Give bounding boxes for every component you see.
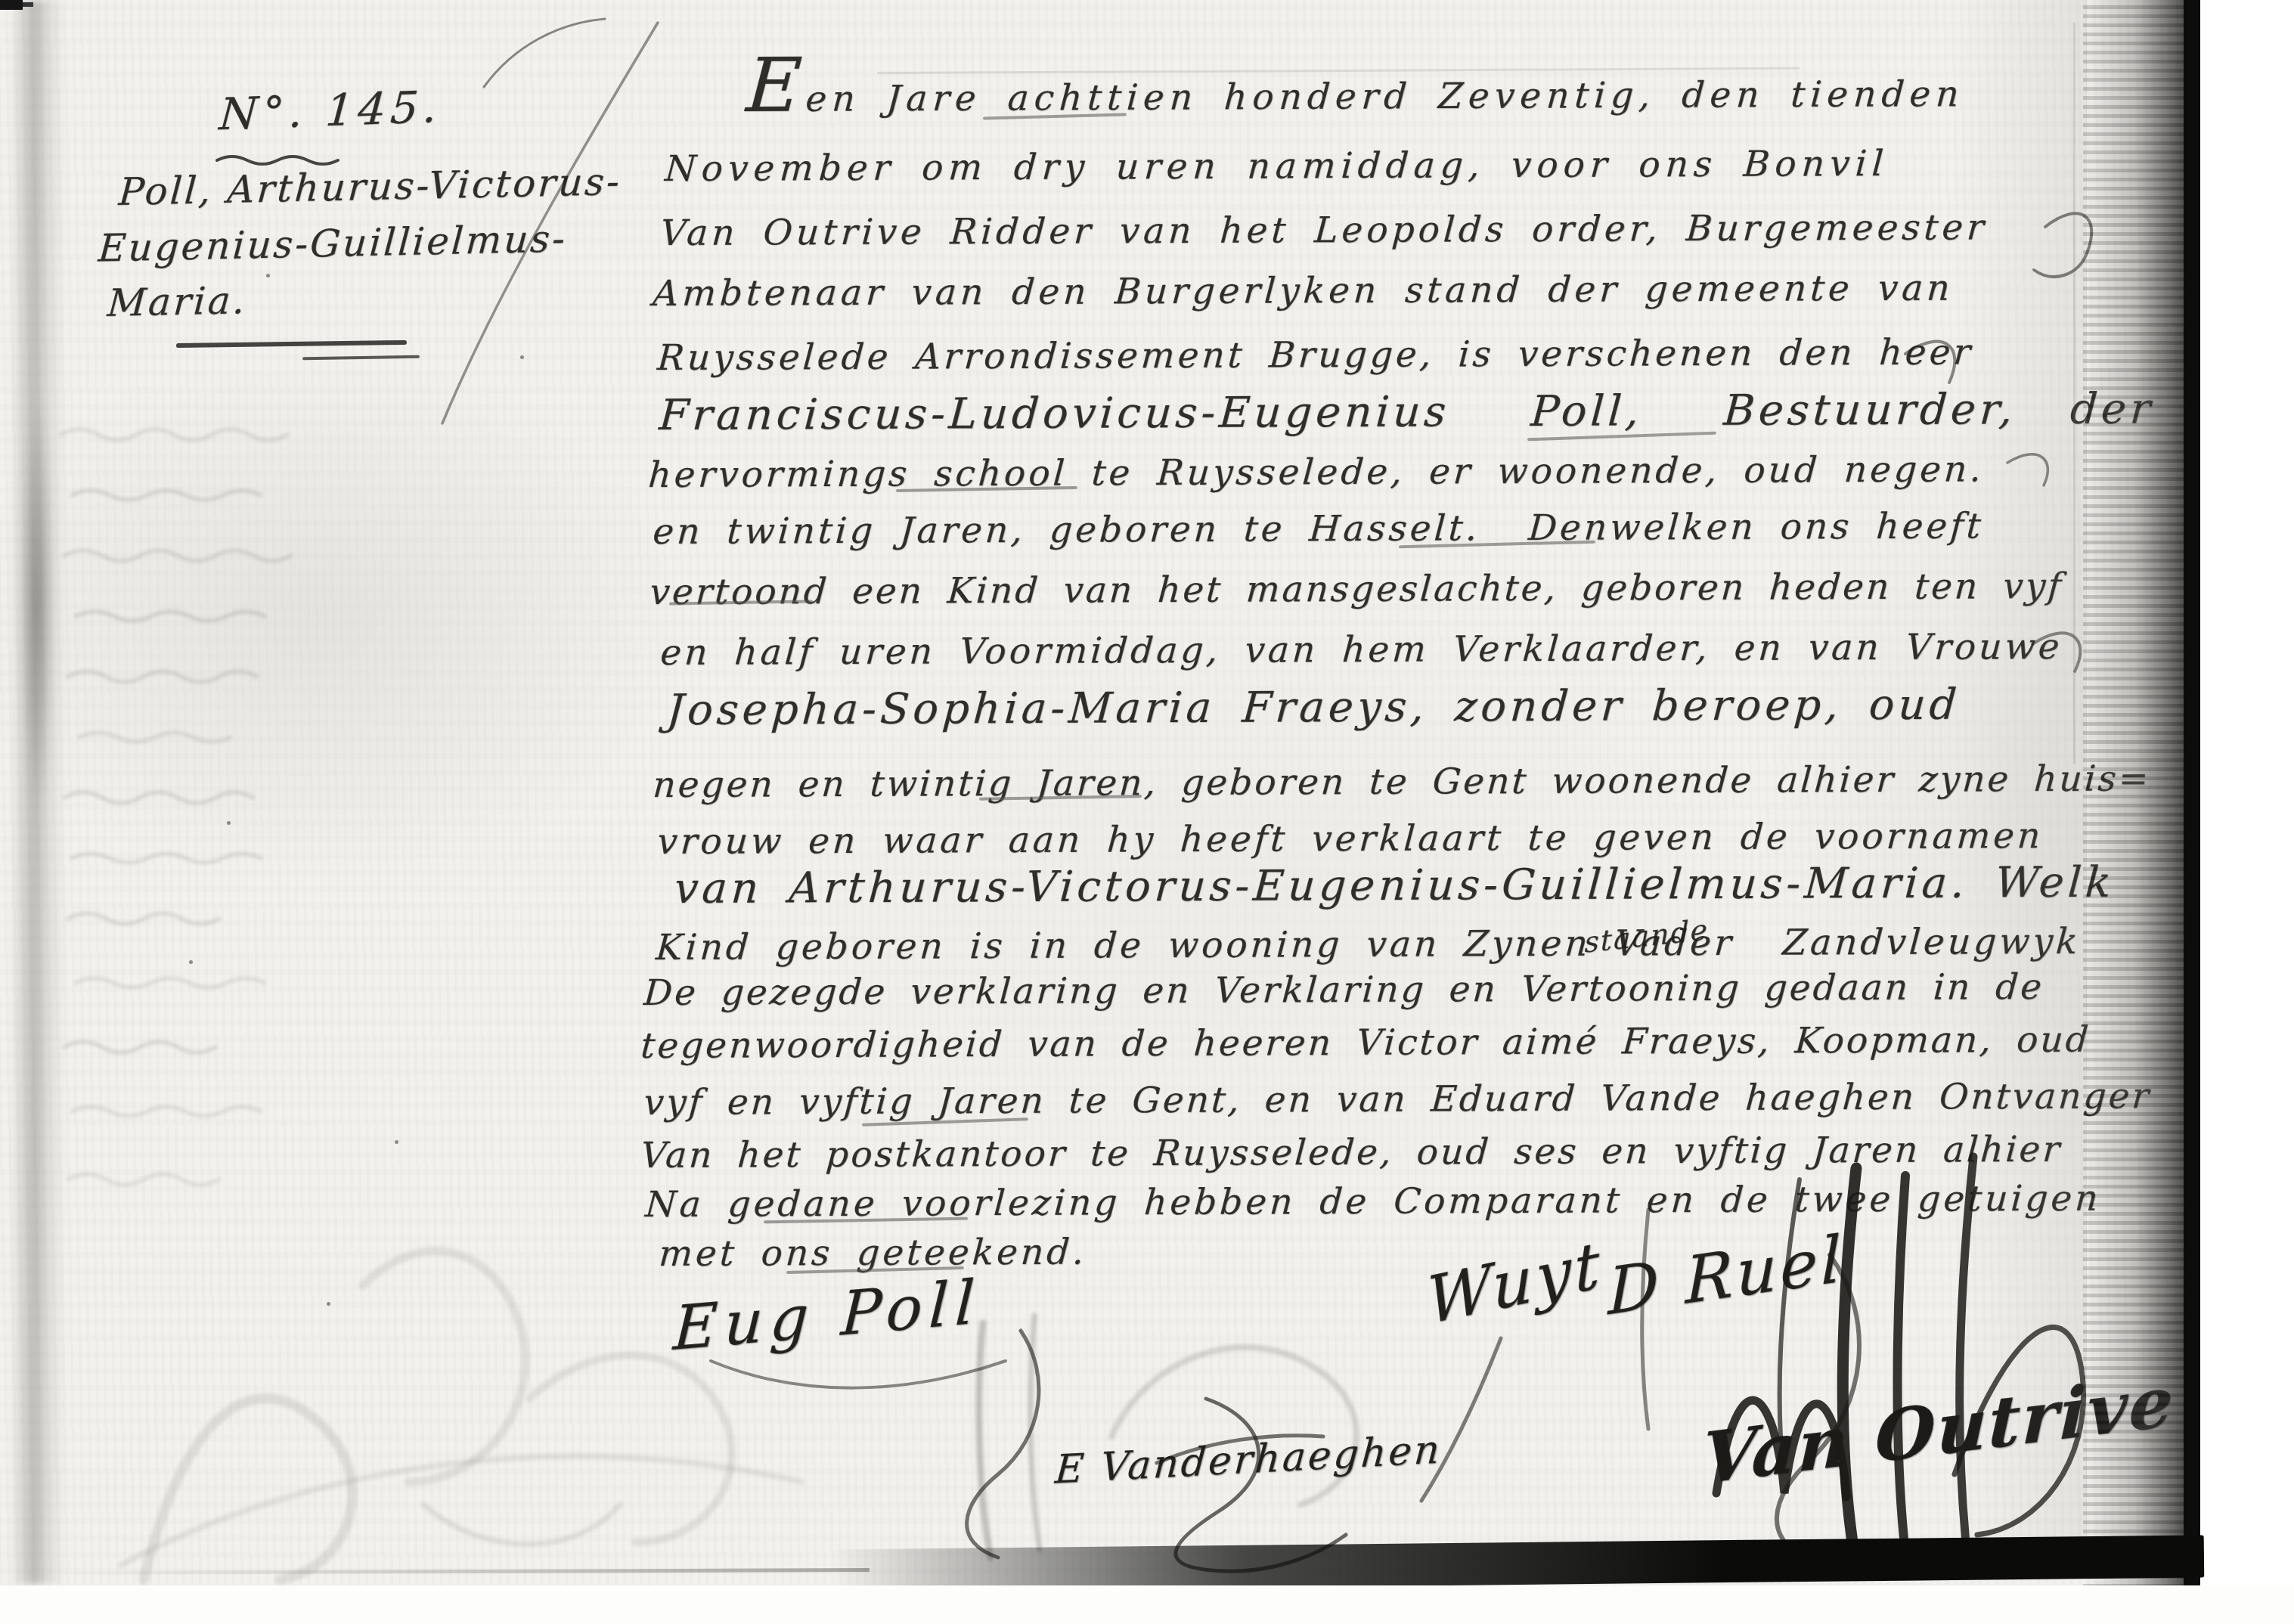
ink-speck bbox=[189, 960, 193, 964]
ink-speck bbox=[266, 274, 270, 277]
page-curvature-shading bbox=[1951, 0, 2087, 1573]
binding-shadow bbox=[2083, 0, 2185, 1588]
scan-margin-bottom bbox=[0, 1585, 2294, 1624]
binding-black-edge bbox=[2184, 0, 2202, 1589]
ink-speck bbox=[327, 1302, 330, 1306]
binding-margin-rule bbox=[2073, 23, 2075, 764]
scan-margin-right bbox=[2200, 0, 2294, 1624]
ink-speck bbox=[227, 821, 231, 825]
scanned-birth-act-page: N°. 145. Poll, Arthurus-Victorus- Eugeni… bbox=[0, 0, 2294, 1624]
ink-flourishes bbox=[0, 0, 2294, 1624]
ink-speck bbox=[395, 1140, 398, 1144]
ink-speck bbox=[520, 355, 524, 359]
